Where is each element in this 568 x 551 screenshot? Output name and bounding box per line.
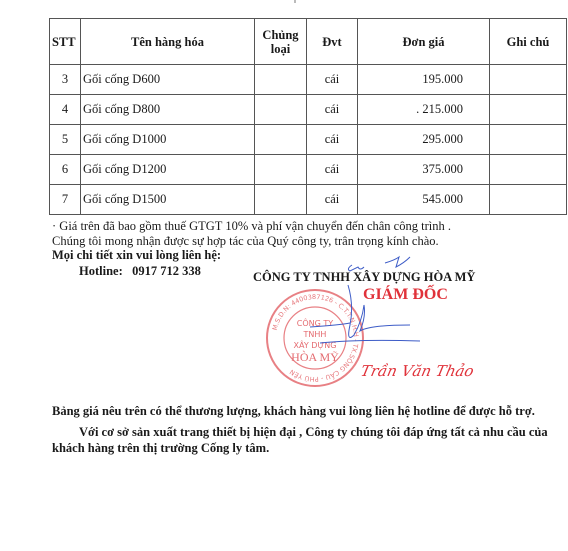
- cell-type: [255, 155, 307, 185]
- cell-price: 375.000: [358, 155, 490, 185]
- thanks-note: Chúng tôi mong nhận được sự hợp tác của …: [52, 234, 439, 249]
- table-row: 7Gối cống D1500cái545.000: [50, 185, 567, 215]
- header-type: Chủng loại: [255, 19, 307, 65]
- cell-type: [255, 125, 307, 155]
- cell-note: [490, 185, 567, 215]
- scan-mark: [294, 0, 296, 3]
- cell-note: [490, 65, 567, 95]
- header-stt: STT: [50, 19, 81, 65]
- cell-unit: cái: [307, 185, 358, 215]
- table-row: 6Gối cống D1200cái375.000: [50, 155, 567, 185]
- cell-unit: cái: [307, 65, 358, 95]
- cell-name: Gối cống D1500: [81, 185, 255, 215]
- cell-stt: 7: [50, 185, 81, 215]
- cell-unit: cái: [307, 125, 358, 155]
- cell-type: [255, 95, 307, 125]
- hotline-label: Hotline:: [79, 264, 123, 278]
- cell-type: [255, 65, 307, 95]
- cell-name: Gối cống D1000: [81, 125, 255, 155]
- cell-note: [490, 95, 567, 125]
- table-row: 3Gối cống D600cái195.000: [50, 65, 567, 95]
- negotiable-note: Bảng giá nêu trên có thể thương lượng, k…: [52, 404, 535, 419]
- vat-note: · Giá trên đã bao gồm thuế GTGT 10% và p…: [52, 219, 451, 234]
- table-row: 5Gối cống D1000cái295.000: [50, 125, 567, 155]
- price-table: STT Tên hàng hóa Chủng loại Đvt Đơn giá …: [49, 18, 567, 215]
- cell-note: [490, 155, 567, 185]
- hotline-number[interactable]: 0917 712 338: [132, 264, 201, 278]
- header-type-line2: loại: [271, 42, 290, 56]
- header-unit: Đvt: [307, 19, 358, 65]
- hotline: Hotline: 0917 712 338: [79, 264, 201, 279]
- header-note: Ghi chú: [490, 19, 567, 65]
- cell-price: 195.000: [358, 65, 490, 95]
- cell-note: [490, 125, 567, 155]
- facility-line-1: Với cơ sở sản xuất trang thiết bị hiện đ…: [79, 425, 548, 440]
- table-row: 4Gối cống D800cái. 215.000: [50, 95, 567, 125]
- contact-heading: Mọi chi tiết xin vui lòng liên hệ:: [52, 248, 221, 263]
- header-price: Đơn giá: [358, 19, 490, 65]
- cell-stt: 3: [50, 65, 81, 95]
- cell-name: Gối cống D1200: [81, 155, 255, 185]
- cell-price: . 215.000: [358, 95, 490, 125]
- cell-name: Gối cống D800: [81, 95, 255, 125]
- cell-name: Gối cống D600: [81, 65, 255, 95]
- cell-stt: 6: [50, 155, 81, 185]
- facility-line-2: khách hàng trên thị trường Cống ly tâm.: [52, 441, 269, 456]
- cell-stt: 4: [50, 95, 81, 125]
- cell-stt: 5: [50, 125, 81, 155]
- cell-type: [255, 185, 307, 215]
- cell-unit: cái: [307, 95, 358, 125]
- cell-unit: cái: [307, 155, 358, 185]
- table-header-row: STT Tên hàng hóa Chủng loại Đvt Đơn giá …: [50, 19, 567, 65]
- cell-price: 295.000: [358, 125, 490, 155]
- cell-price: 545.000: [358, 185, 490, 215]
- signer-name: Trần Văn Thảo: [359, 362, 475, 380]
- header-type-line1: Chủng: [262, 28, 298, 42]
- header-name: Tên hàng hóa: [81, 19, 255, 65]
